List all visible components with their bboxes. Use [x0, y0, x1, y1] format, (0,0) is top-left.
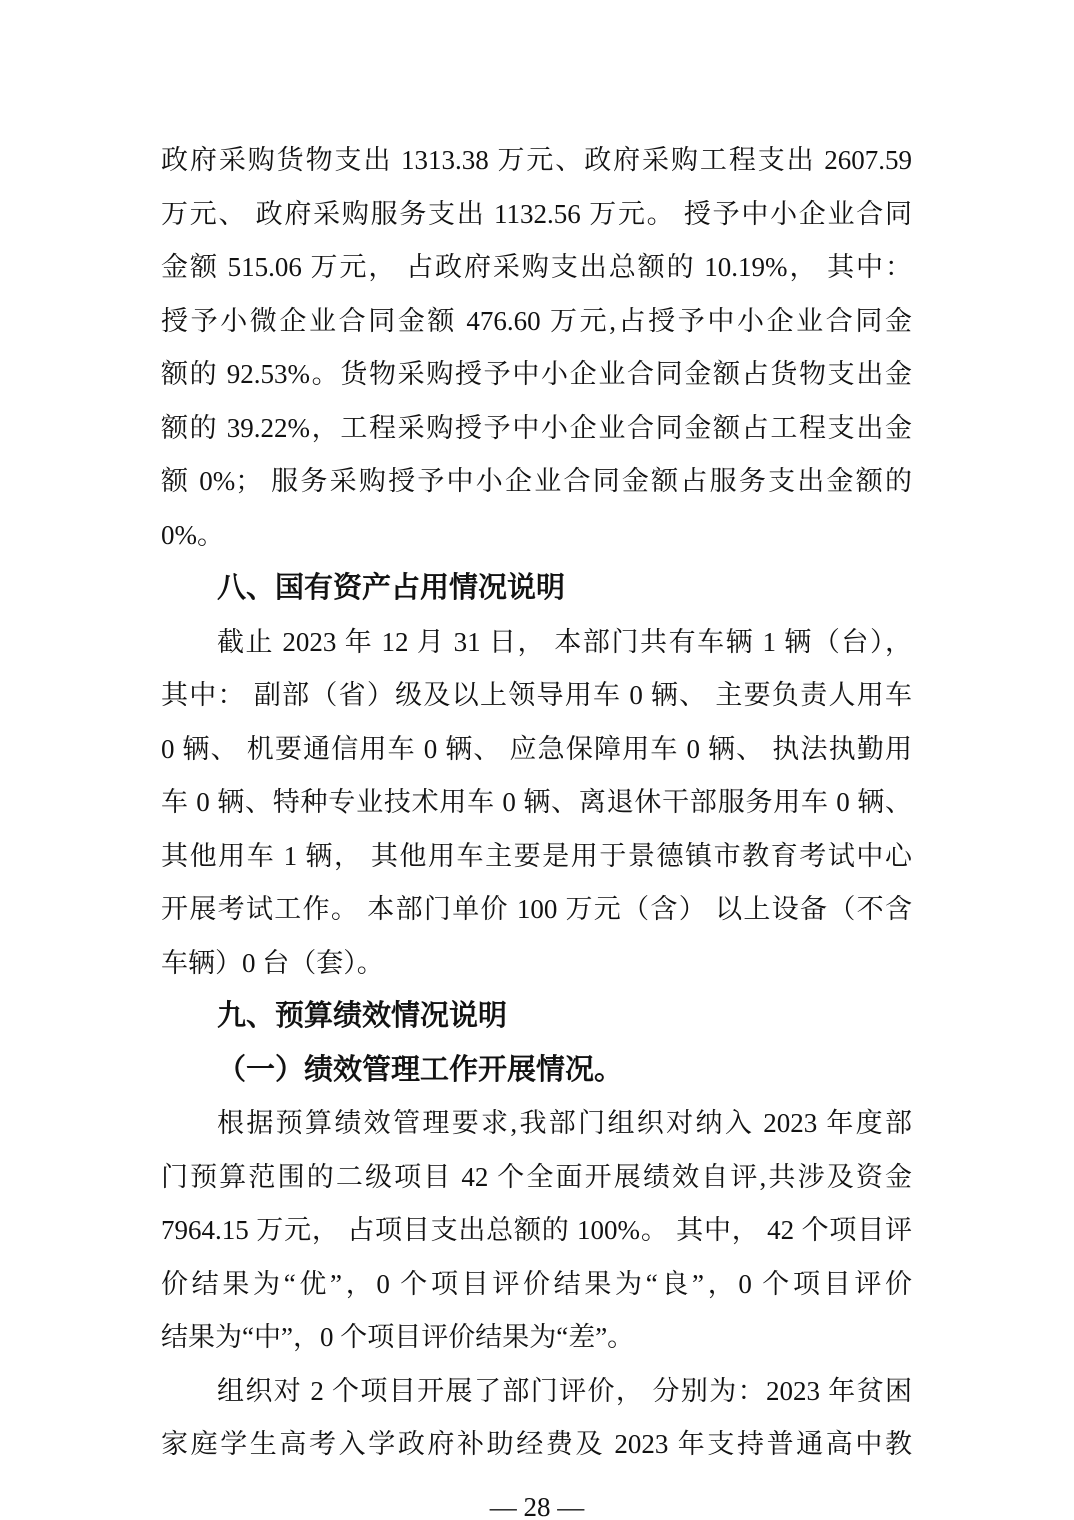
section-heading-9: 九、预算绩效情况说明	[161, 990, 912, 1044]
text-line: 额的 39.22%，工程采购授予中小企业合同金额占工程支出金	[161, 402, 912, 456]
text-line: 结果为“中”，0 个项目评价结果为“差”。	[161, 1311, 912, 1365]
text-line: 额 0%； 服务采购授予中小企业合同金额占服务支出金额的	[161, 455, 912, 509]
text-line: 政府采购货物支出 1313.38 万元、政府采购工程支出 2607.59	[161, 134, 912, 188]
text-line: 金额 515.06 万元， 占政府采购支出总额的 10.19%， 其中：	[161, 241, 912, 295]
text-line: 7964.15 万元， 占项目支出总额的 100%。 其中， 42 个项目评	[161, 1204, 912, 1258]
text-line: 价结果为“优”，0 个项目评价结果为“良”，0 个项目评价	[161, 1258, 912, 1312]
text-line: 0 辆、 机要通信用车 0 辆、 应急保障用车 0 辆、 执法执勤用	[161, 723, 912, 777]
text-line: 其中： 副部（省）级及以上领导用车 0 辆、 主要负责人用车	[161, 669, 912, 723]
text-line: 万元、 政府采购服务支出 1132.56 万元。 授予中小企业合同	[161, 188, 912, 242]
text-line: 其他用车 1 辆， 其他用车主要是用于景德镇市教育考试中心	[161, 830, 912, 884]
text-line: 截止 2023 年 12 月 31 日， 本部门共有车辆 1 辆（台），	[161, 616, 912, 670]
document-page: 政府采购货物支出 1313.38 万元、政府采购工程支出 2607.59 万元、…	[0, 0, 1074, 1520]
page-number: — 28 —	[0, 1492, 1074, 1520]
document-body: 政府采购货物支出 1313.38 万元、政府采购工程支出 2607.59 万元、…	[161, 134, 912, 1472]
text-line: 组织对 2 个项目开展了部门评价， 分别为：2023 年贫困	[161, 1365, 912, 1419]
subsection-heading: （一）绩效管理工作开展情况。	[161, 1044, 912, 1098]
text-line: 车 0 辆、特种专业技术用车 0 辆、离退休干部服务用车 0 辆、	[161, 776, 912, 830]
text-line: 额的 92.53%。货物采购授予中小企业合同金额占货物支出金	[161, 348, 912, 402]
text-line: 车辆）0 台（套）。	[161, 937, 912, 991]
text-line: 0%。	[161, 509, 912, 563]
text-line: 门预算范围的二级项目 42 个全面开展绩效自评,共涉及资金	[161, 1151, 912, 1205]
text-line: 根据预算绩效管理要求,我部门组织对纳入 2023 年度部	[161, 1097, 912, 1151]
section-heading-8: 八、国有资产占用情况说明	[161, 562, 912, 616]
text-line: 开展考试工作。 本部门单价 100 万元（含） 以上设备（不含	[161, 883, 912, 937]
text-line: 授予小微企业合同金额 476.60 万元,占授予中小企业合同金	[161, 295, 912, 349]
text-line: 家庭学生高考入学政府补助经费及 2023 年支持普通高中教	[161, 1418, 912, 1472]
